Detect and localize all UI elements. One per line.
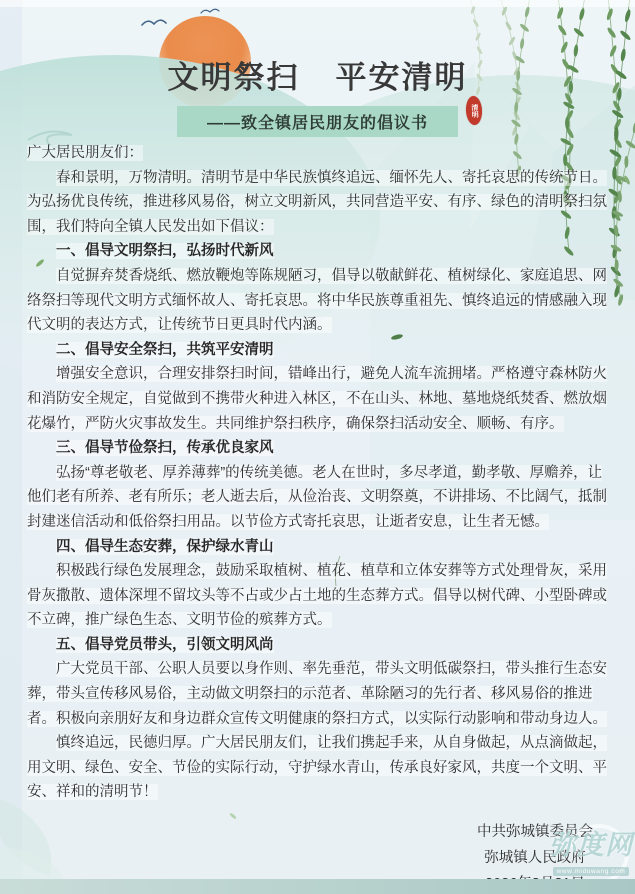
section-3-text: 弘扬“尊老敬老、厚养薄葬”的传统美德。老人在世时，多尽孝道，勤孝敬、厚赡养，让他… bbox=[27, 461, 609, 535]
document-body: 广大居民朋友们： 春和景明，万物清明。清明节是中华民族慎终追远、缅怀先人、寄托哀… bbox=[27, 141, 609, 894]
section-1-heading: 一、倡导文明祭扫，弘扬时代新风 bbox=[27, 239, 609, 264]
section-5-heading: 五、倡导党员带头，引领文明风尚 bbox=[27, 633, 609, 658]
page-title: 文明祭扫 平安清明 bbox=[0, 52, 635, 97]
closing-paragraph: 慎终追远，民德归厚。广大居民朋友们，让我们携起手来，从自身做起，从点滴做起，用文… bbox=[27, 731, 609, 805]
watermark: 弥度网 www.miduwang.com bbox=[549, 830, 633, 878]
footer-band bbox=[0, 879, 635, 894]
subtitle-banner: ——致全镇居民朋友的倡议书 bbox=[177, 106, 458, 137]
watermark-logo: 弥度网 bbox=[549, 830, 633, 860]
header: 文明祭扫 平安清明 ——致全镇居民朋友的倡议书 bbox=[0, 0, 635, 137]
subtitle-text: ——致全镇居民朋友的倡议书 bbox=[207, 110, 428, 133]
section-4-text: 积极践行绿色发展理念，鼓励采取植树、植花、植草和立体安葬等方式处理骨灰，采用骨灰… bbox=[27, 559, 609, 633]
intro-paragraph: 春和景明，万物清明。清明节是中华民族慎终追远、缅怀先人、寄托哀思的传统节日。为弘… bbox=[27, 166, 609, 240]
section-2-heading: 二、倡导安全祭扫，共筑平安清明 bbox=[27, 338, 609, 363]
proposal-poster: 文明祭扫 平安清明 ——致全镇居民朋友的倡议书 清明 广大居民朋友们： 春和景明… bbox=[0, 0, 635, 894]
title-right: 平安清明 bbox=[336, 52, 468, 97]
section-2-text: 增强安全意识，合理安排祭扫时间，错峰出行，避免人流车流拥堵。严格遵守森林防火和消… bbox=[27, 362, 609, 436]
section-3-heading: 三、倡导节俭祭扫，传承优良家风 bbox=[27, 436, 609, 461]
watermark-url: www.miduwang.com bbox=[553, 867, 630, 876]
salutation: 广大居民朋友们： bbox=[27, 141, 609, 166]
section-4-heading: 四、倡导生态安葬，保护绿水青山 bbox=[27, 535, 609, 560]
section-1-text: 自觉摒弃焚香烧纸、燃放鞭炮等陈规陋习，倡导以敬献鲜花、植树绿化、家庭追思、网络祭… bbox=[27, 264, 609, 338]
section-5-text: 广大党员干部、公职人员要以身作则、率先垂范，带头文明低碳祭扫，带头推行生态安葬，… bbox=[27, 657, 609, 731]
title-left: 文明祭扫 bbox=[168, 52, 300, 97]
